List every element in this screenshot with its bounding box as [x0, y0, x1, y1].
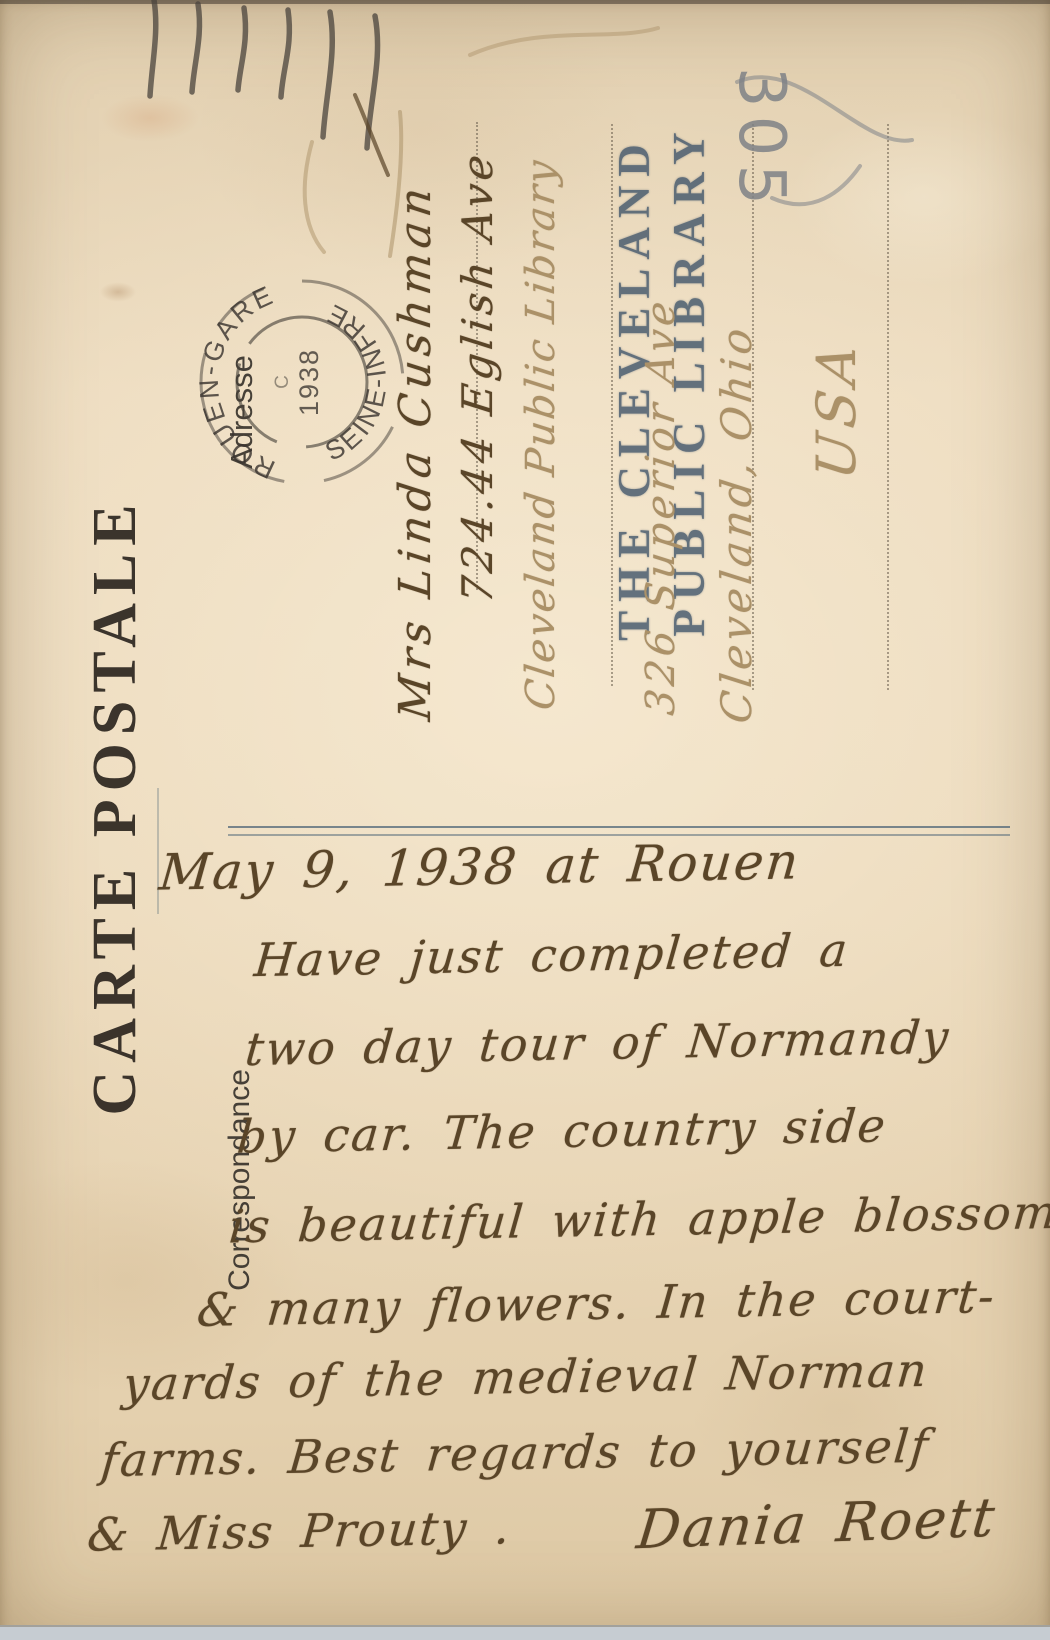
- address-line: Mrs Linda Cushman: [390, 117, 440, 723]
- address-line: 724.44 Eglish Ave: [453, 130, 503, 606]
- signature: Dania Roett: [634, 1486, 1000, 1561]
- svg-text:SEINE-INFRE: SEINE-INFRE: [320, 297, 392, 466]
- carte-postale-title: CARTE POSTALE: [80, 456, 152, 1156]
- address-line: 326 Superior Ave: [638, 122, 688, 718]
- postmark-department: SEINE-INFRE: [320, 297, 392, 466]
- message-line: farms. Best regards to yourself: [99, 1419, 932, 1487]
- postmark-stamp: ROUEN-GARE SEINE-INFRE C 1938: [185, 265, 419, 499]
- message-line: Have just completed a: [252, 923, 851, 987]
- message-line: yards of the medieval Norman: [121, 1343, 931, 1411]
- section-divider-rule: [228, 826, 1010, 836]
- message-line: by car. The country side: [235, 1098, 889, 1163]
- address-line: USA: [805, 315, 855, 481]
- scan-edge-bottom: [0, 1625, 1050, 1640]
- message-line: & many flowers. In the court-: [195, 1269, 998, 1337]
- correspondence-label: Correspondance: [223, 1044, 259, 1316]
- message-dateline: May 9, 1938 at Rouen: [157, 832, 803, 901]
- message-line: is beautiful with apple blossoms: [227, 1185, 1050, 1254]
- postmark-center-mark: C: [272, 375, 293, 389]
- message-line: & Miss Prouty .: [85, 1500, 514, 1561]
- address-line: Cleveland, Ohio: [712, 220, 762, 726]
- address-line: Cleveland Public Library: [518, 57, 568, 713]
- postmark-date: 1938: [294, 348, 324, 416]
- message-line: two day tour of Normandy: [243, 1010, 952, 1076]
- postcard-scan: CARTE POSTALE Adresse Correspondance ROU…: [0, 0, 1050, 1640]
